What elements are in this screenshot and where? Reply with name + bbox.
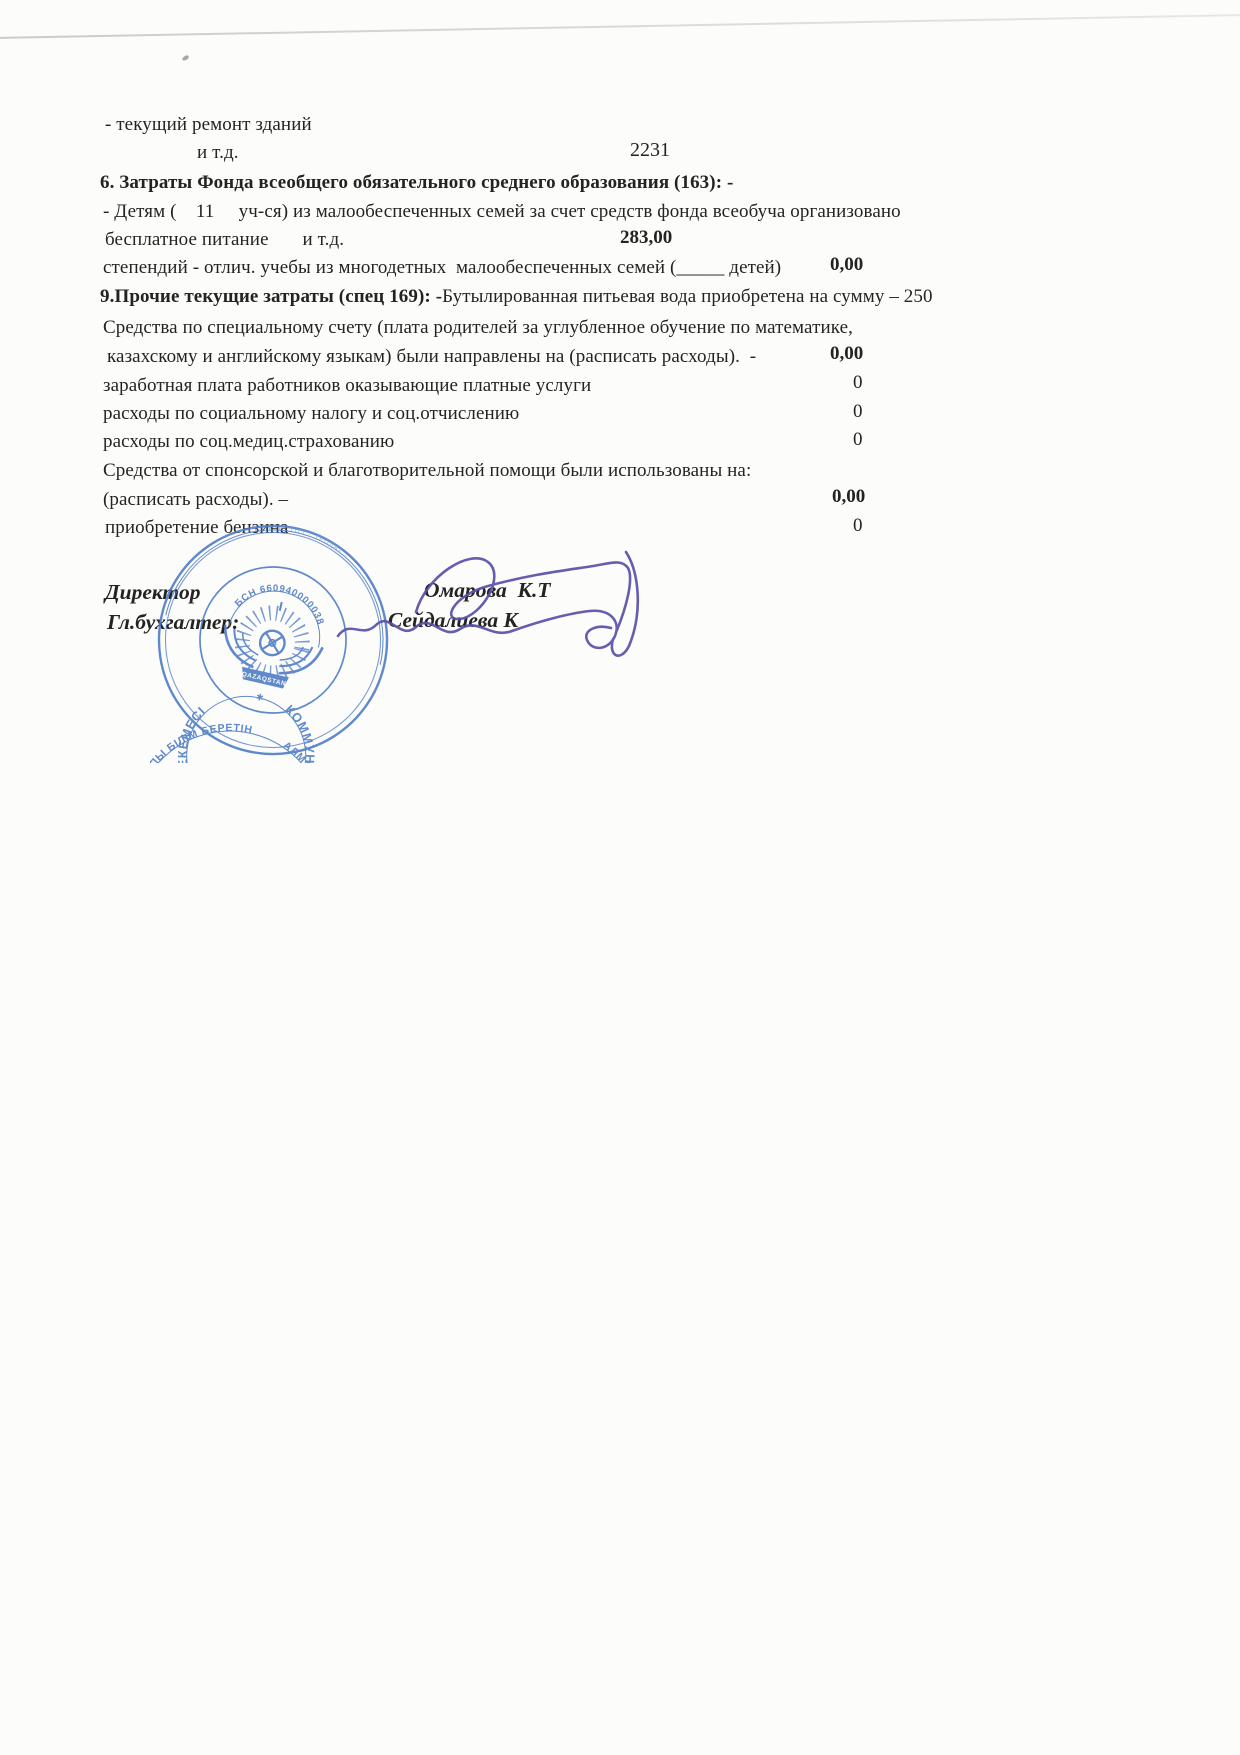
report-line-children: - Детям ( 11 уч-ся) из малообеспеченных … [103, 201, 901, 223]
report-line-social-tax: расходы по социальному налогу и соц.отчи… [103, 403, 519, 425]
director-signature [416, 558, 630, 630]
value-meals: 283,00 [620, 227, 672, 249]
report-line-etc: и т.д. [197, 142, 239, 164]
report-line-med-insurance: расходы по соц.медиц.страхованию [103, 431, 394, 453]
section9-heading: 9.Прочие текущие затраты (спец 169): - [100, 286, 442, 307]
value-fuel: 0 [853, 515, 863, 537]
report-line-special-account-1: Средства по специальному счету (плата ро… [103, 317, 853, 339]
scan-speck [181, 55, 189, 62]
report-line-salary: заработная плата работников оказывающие … [103, 375, 591, 397]
report-line-stipend: степендий - отлич. учебы из многодетных … [103, 257, 781, 279]
stamp-bottom-asterisk: ✱ [255, 692, 265, 703]
scanner-edge-line [0, 14, 1240, 39]
signatures-overlay [320, 540, 700, 670]
accountant-signature [338, 611, 617, 648]
scanned-report-page: - текущий ремонт зданий и т.д. 2231 6. З… [0, 0, 1240, 1755]
section9-rest: Бутылированная питьевая вода приобретена… [442, 286, 932, 307]
report-line-sponsor: Средства от спонсорской и благотворитель… [103, 460, 751, 482]
value-etc: 2231 [630, 139, 670, 162]
report-line-meals: бесплатное питание и т.д. [105, 229, 344, 251]
report-line-section9: 9.Прочие текущие затраты (спец 169): -Бу… [100, 286, 933, 308]
report-line-expenses-breakdown: (расписать расходы). – [103, 489, 288, 511]
report-heading-section6: 6. Затраты Фонда всеобщего обязательного… [100, 172, 733, 194]
value-expenses-breakdown: 0,00 [832, 486, 865, 508]
value-special-account: 0,00 [830, 343, 863, 365]
value-stipend: 0,00 [830, 254, 863, 276]
report-line-special-account-2: казахскому и английскому языкам) были на… [107, 346, 756, 368]
value-med-insurance: 0 [853, 429, 863, 451]
value-social-tax: 0 [853, 401, 863, 423]
report-line-repair: - текущий ремонт зданий [105, 114, 312, 136]
value-salary: 0 [853, 372, 863, 394]
